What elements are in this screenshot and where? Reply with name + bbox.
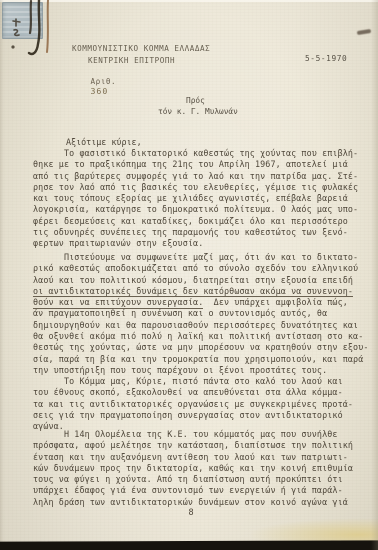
text-line: φερτων πραιτωριανών στην εξουσία. [33, 238, 375, 249]
text-line: Πιστεύουμε να συμφωνείτε μαζί μας, ότι ά… [33, 252, 375, 263]
text-line: λαού και του πολιτικού κόσμου, διατηρείτ… [33, 275, 375, 286]
letterhead-committee: ΚΕΝΤΡΙΚΗ ΕΠΙΤΡΟΠΗ [88, 56, 175, 65]
text-line: Το φασιστικό δικτατορικό καθεστώς της χο… [33, 148, 375, 159]
text-line: ρικό καθεστώς αποδοκιμάζεται από το σύνο… [33, 263, 375, 274]
text-line: σεις γιά την πραγματοποίηση συνεργασίας … [33, 410, 375, 421]
protocol-number: Αριθ. 360 [70, 68, 116, 105]
text-line: ένταση και την αυξανόμενη αντίθεση του λ… [33, 452, 375, 463]
recipient-to-label: Πρός [186, 96, 205, 105]
body-paragraph-2: Πιστεύουμε να συμφωνείτε μαζί μας, ότι ά… [33, 252, 375, 376]
scan-edge-left [0, 0, 4, 550]
letter-date: 5-5-1970 [305, 54, 347, 63]
text-line: υπάρχει έδαφος γιά ένα συντονισμό των εν… [33, 485, 375, 496]
text-line: τις οδυνηρές συνέπειες της παραμονής του… [33, 227, 375, 238]
ink-smudge [357, 29, 371, 35]
text-line: την υποστήριξη που τους παρέχουν οι ξένο… [33, 365, 375, 376]
protocol-number-value: 360 [91, 86, 109, 96]
paper-discoloration [248, 518, 378, 542]
text-line: θεστώς της χούντας, ώστε να μην μπορέσου… [33, 342, 375, 353]
text-line: θα οξυνθεί ακόμα πιό πολύ η λαϊκή και πο… [33, 331, 375, 342]
text-line: θούν και να επιτύχουν συνεργασία. Δεν υπ… [33, 297, 375, 308]
text-line: ληλη δράση των αντιδικτατορικών δυνάμεων… [33, 497, 375, 508]
recipient-name: τόν κ. Γ. Μυλωνάν [158, 107, 238, 116]
text-line: λογοκρισία, κατάργησε το δημοκρατικό πολ… [33, 204, 375, 215]
text-line: Το Κόμμα μας, Κύριε, πιστό πάντα στο καλ… [33, 376, 375, 387]
page-number: 8 [0, 508, 378, 518]
text-line: ρησε τον λαό από τις βασικές του ελευθερ… [33, 182, 375, 193]
body-paragraph-1: Το φασιστικό δικτατορικό καθεστώς της χο… [33, 148, 375, 250]
text-line: πρόσφατα, αφού μελέτησε την κατάσταση, δ… [33, 440, 375, 451]
protocol-number-label: Αριθ. [91, 77, 117, 86]
text-line: τους να φύγει η χούντα. Από τη διαπίστωσ… [33, 474, 375, 485]
text-line: από τις βαρύτερες συμφορές γιά το λαό κα… [33, 171, 375, 182]
scan-edge-top [0, 0, 378, 2]
text-line: τα και τις αντιδικτατορικές οργανώσεις μ… [33, 399, 375, 410]
text-line: δημιουργηθούν και θα παρουσιασθούν περισ… [33, 320, 375, 331]
salutation: Αξιότιμε κύριε, [66, 137, 142, 147]
text-line: και τους τόπους εξορίας με χιλιάδες αγων… [33, 193, 375, 204]
scan-edge-bottom-bar [0, 540, 378, 550]
letterhead-org-name: ΚΟΜΜΟΥΝΙΣΤΙΚΟ ΚΟΜΜΑ ΕΛΛΑΔΑΣ [72, 44, 210, 53]
body-paragraph-3: Το Κόμμα μας, Κύριε, πιστό πάντα στο καλ… [33, 376, 375, 432]
text-line: του έθνους σκοπό, εξακολουθεί να απευθύν… [33, 387, 375, 398]
scanned-letter-page: ΚΟΜΜΟΥΝΙΣΤΙΚΟ ΚΟΜΜΑ ΕΛΛΑΔΑΣ ΚΕΝΤΡΙΚΗ ΕΠΙ… [0, 0, 378, 550]
text-line: άν πραγματοποιηθεί η συνένωση και ο συντ… [33, 308, 375, 319]
text-line: κών δυνάμεων προς την δικτατορία, καθώς … [33, 463, 375, 474]
archive-stamp-icon [2, 2, 43, 39]
text-line: Η 14η Ολομέλεια της Κ.Ε. του κόμματός μα… [33, 429, 375, 440]
text-line: οι αντιδικτατορικές δυνάμεις δεν κατόρθω… [33, 286, 375, 297]
text-line: θηκε με το πραξικόπημα της 21ης του Απρί… [33, 159, 375, 170]
text-line: σία, παρά τη βία και την τρομοκρατία που… [33, 354, 375, 365]
text-line: φέρει δεσμεύσεις και καταδίκες, δοκιμάζε… [33, 216, 375, 227]
scan-edge-right [371, 0, 378, 550]
body-paragraph-4: Η 14η Ολομέλεια της Κ.Ε. του κόμματός μα… [33, 429, 375, 508]
